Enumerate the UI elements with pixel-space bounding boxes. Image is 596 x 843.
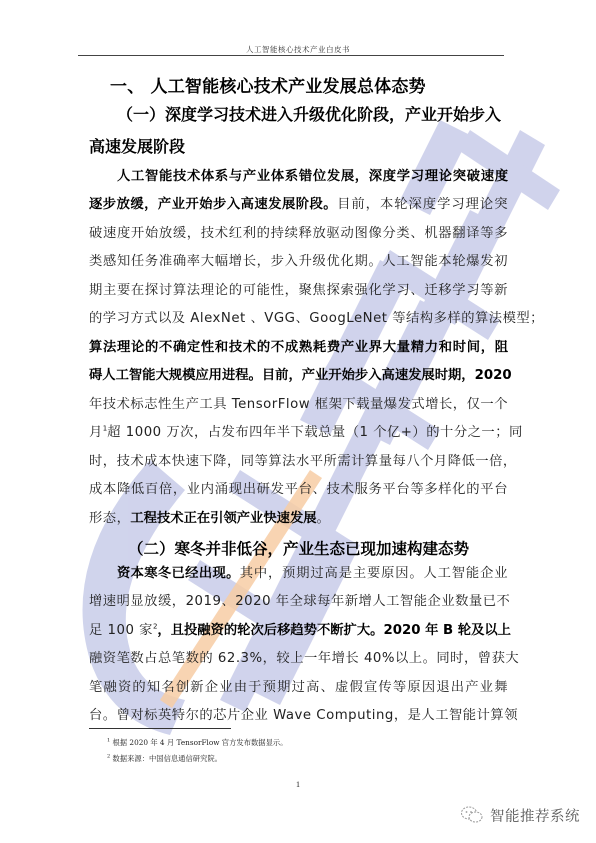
para1-line-8: 碍人工智能大规模应用进程。目前，产业开始步入高速发展时期，2020 xyxy=(89,368,508,384)
page-number: 1 xyxy=(0,780,596,789)
body-text: 时，技术成本快速下降，同等算法水平所需计算量每八个月降低一倍， xyxy=(89,454,517,469)
body-text: 类感知任务准确率大幅增长，步入升级优化期。人工智能本轮爆发初 xyxy=(89,254,508,269)
bold-text: 工程技术正在引领产业快速发展 xyxy=(130,511,316,526)
subsection-1-heading-line1: （一）深度学习技术进入升级优化阶段，产业开始步入 xyxy=(117,102,501,125)
bold-text: ，且投融资的轮次后移趋势不断扩大。2020 年 B 轮及以上 xyxy=(157,623,511,638)
para1-line-6: 的学习方式以及 AlexNet 、VGG、GoogLeNet 等结构多样的算法模… xyxy=(89,311,508,327)
para2-line-4: 融资笔数占总笔数的 62.3%，较上一年增长 40%以上。同时，曾获大 xyxy=(89,651,508,667)
para1-line-5: 期主要在探讨算法理论的可能性，聚焦探索强化学习、迁移学习等新 xyxy=(89,283,508,299)
footnote-number: 1 xyxy=(107,738,110,744)
footnote-1: 1 根据 2020 年 4 月 TensorFlow 官方发布数据显示。 xyxy=(107,738,287,748)
body-text: 。 xyxy=(317,511,331,526)
para1-line-12: 成本降低百倍，业内涌现出研发平台、技术服务平台等多样化的平台 xyxy=(89,482,508,498)
para1-line-11: 时，技术成本快速下降，同等算法水平所需计算量每八个月降低一倍， xyxy=(89,454,508,470)
wechat-icon xyxy=(460,806,484,824)
body-text: 成本降低百倍，业内涌现出研发平台、技术服务平台等多样化的平台 xyxy=(89,482,508,497)
bold-text: 逐步放缓，产业开始步入高速发展阶段。 xyxy=(89,197,337,212)
para2-line-6: 台。曾对标英特尔的芯片企业 Wave Computing，是人工智能计算领 xyxy=(89,708,508,724)
body-text: 台。曾对标英特尔的芯片企业 Wave Computing，是人工智能计算领 xyxy=(89,708,518,723)
body-text: 目前，本轮深度学习理论突 xyxy=(337,197,508,212)
body-text: 期主要在探讨算法理论的可能性，聚焦探索强化学习、迁移学习等新 xyxy=(89,283,508,298)
para2-line-1: 资本寒冬已经出现。其中，预期过高是主要原因。人工智能企业 xyxy=(117,566,508,582)
para1-line-3: 破速度开始放缓，技术红利的持续释放驱动图像分类、机器翻译等多 xyxy=(89,226,508,242)
body-text: 超 1000 万次，占发布四年半下载总量（1 个亿+）的十分之一；同 xyxy=(107,425,523,440)
running-header: 人工智能核心技术产业白皮书 xyxy=(0,44,596,55)
para2-line-3: 足 100 家2，且投融资的轮次后移趋势不断扩大。2020 年 B 轮及以上 xyxy=(89,623,508,639)
section-heading: 一、 人工智能核心技术产业发展总体态势 xyxy=(110,72,426,97)
para1-line-10: 月1超 1000 万次，占发布四年半下载总量（1 个亿+）的十分之一；同 xyxy=(89,425,508,441)
bold-text: 算法理论的不确定性和技术的不成熟耗费产业界大量精力和时间，阻 xyxy=(89,340,508,355)
footnote-rule xyxy=(89,728,231,729)
wechat-account-badge: 智能推荐系统 xyxy=(460,803,580,827)
subsection-1-heading-line2: 高速发展阶段 xyxy=(89,134,185,157)
bold-text: 人工智能技术体系与产业体系错位发展，深度学习理论突破速度 xyxy=(117,169,508,184)
para2-line-2: 增速明显放缓，2019、2020 年全球每年新增人工智能企业数量已不 xyxy=(89,594,508,610)
bold-text: 资本寒冬已经出现。 xyxy=(117,566,240,581)
para1-line-4: 类感知任务准确率大幅增长，步入升级优化期。人工智能本轮爆发初 xyxy=(89,254,508,270)
wechat-account-name: 智能推荐系统 xyxy=(490,805,580,826)
body-text: 月 xyxy=(89,425,103,440)
document-page: 人工智能核心技术产业白皮书 一、 人工智能核心技术产业发展总体态势 （一）深度学… xyxy=(0,0,596,843)
para1-line-2: 逐步放缓，产业开始步入高速发展阶段。目前，本轮深度学习理论突 xyxy=(89,197,508,213)
body-text: 足 100 家 xyxy=(89,623,153,638)
para1-line-13: 形态，工程技术正在引领产业快速发展。 xyxy=(89,511,508,527)
body-text: 年技术标志性生产工具 TensorFlow 框架下载量爆发式增长，仅一个 xyxy=(89,397,508,412)
footnote-text: 根据 2020 年 4 月 TensorFlow 官方发布数据显示。 xyxy=(113,738,288,747)
para1-line-7: 算法理论的不确定性和技术的不成熟耗费产业界大量精力和时间，阻 xyxy=(89,340,508,356)
body-text: 其中，预期过高是主要原因。人工智能企业 xyxy=(240,566,508,581)
body-text: 形态， xyxy=(89,511,130,526)
footnote-text: 数据来源：中国信息通信研究院。 xyxy=(113,754,222,763)
body-text: 融资笔数占总笔数的 62.3%，较上一年增长 40%以上。同时，曾获大 xyxy=(89,651,519,666)
subsection-2-heading: （二）寒冬并非低谷，产业生态已现加速构建态势 xyxy=(128,537,469,559)
header-rule xyxy=(78,55,504,56)
footnote-2: 2 数据来源：中国信息通信研究院。 xyxy=(107,754,222,764)
body-text: 的学习方式以及 AlexNet 、VGG、GoogLeNet 等结构多样的算法模… xyxy=(89,311,544,326)
body-text: 增速明显放缓，2019、2020 年全球每年新增人工智能企业数量已不 xyxy=(89,594,510,609)
para2-line-5: 笔融资的知名创新企业由于预期过高、虚假宣传等原因退出产业舞 xyxy=(89,680,508,696)
body-text: 破速度开始放缓，技术红利的持续释放驱动图像分类、机器翻译等多 xyxy=(89,226,508,241)
bold-text: 碍人工智能大规模应用进程。目前，产业开始步入高速发展时期，2020 xyxy=(89,368,512,383)
para1-line-9: 年技术标志性生产工具 TensorFlow 框架下载量爆发式增长，仅一个 xyxy=(89,397,508,413)
para1-line-1: 人工智能技术体系与产业体系错位发展，深度学习理论突破速度 xyxy=(117,169,508,185)
body-text: 笔融资的知名创新企业由于预期过高、虚假宣传等原因退出产业舞 xyxy=(89,680,508,695)
footnote-number: 2 xyxy=(107,754,110,760)
